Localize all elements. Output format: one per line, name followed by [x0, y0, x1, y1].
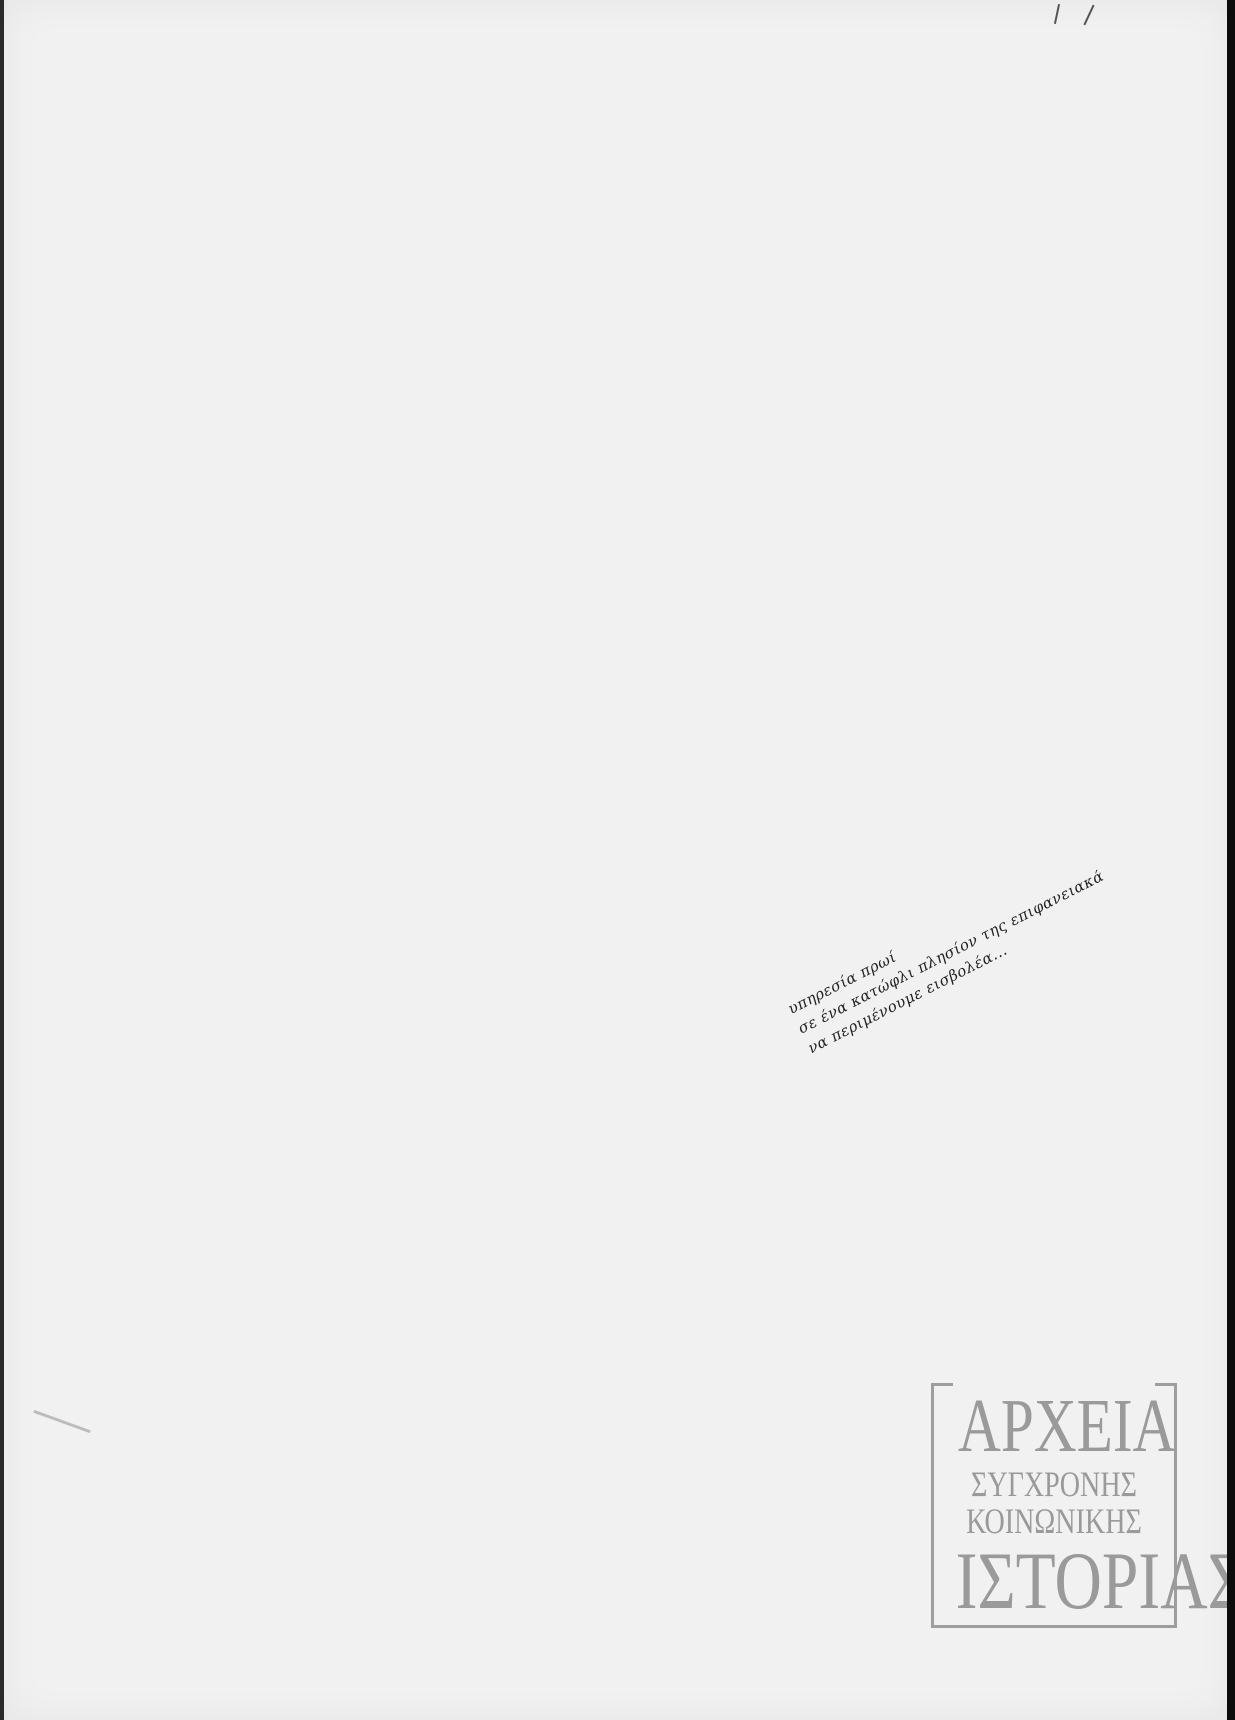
- scratch-mark: [33, 1410, 90, 1433]
- note-line: σε ένα κατώφλι πλησίον της επιφανειακά: [794, 865, 1108, 1039]
- archive-stamp: ΑΡΧΕΙΑ ΣΥΓΧΡΟΝΗΣ ΚΟΙΝΩΝΙΚΗΣ ΙΣΤΟΡΙΑΣ: [931, 1383, 1177, 1628]
- stamp-line-4: ΙΣΤΟΡΙΑΣ: [956, 1541, 1153, 1621]
- scan-right-edge: [1227, 0, 1235, 1720]
- pen-mark: [1083, 5, 1094, 26]
- paper-sheet: υπηρεσία πρωί σε ένα κατώφλι πλησίον της…: [4, 0, 1230, 1720]
- stamp-line-3: ΚΟΙΝΩΝΙΚΗΣ: [958, 1503, 1150, 1539]
- pen-mark: [1054, 4, 1060, 24]
- stamp-corner: [931, 1383, 953, 1386]
- handwritten-note: υπηρεσία πρωί σε ένα κατώφλι πλησίον της…: [784, 845, 1118, 1058]
- stamp-line-1: ΑΡΧΕΙΑ: [958, 1389, 1150, 1463]
- stamp-line-2: ΣΥΓΧΡΟΝΗΣ: [958, 1466, 1150, 1502]
